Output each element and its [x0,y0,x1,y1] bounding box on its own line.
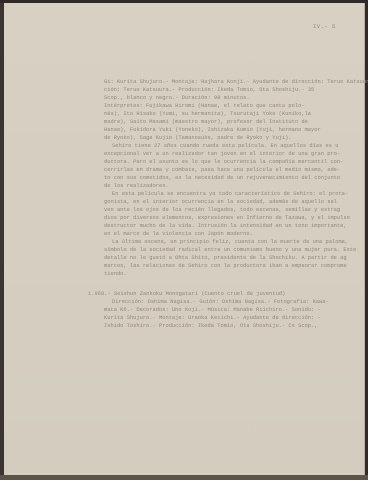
text-line: símbolo de la sociedad radical entre un … [104,246,356,254]
text-line: En esta película se encuentra ya todo ca… [112,190,348,198]
text-line: dios por diversos elementos, expresiones… [104,214,350,222]
text-line: cerrirlas en drama y combate, pasa hace … [104,166,340,174]
text-line: 1.960.- Seishun Zankoku Monogatari (Cuen… [88,290,285,298]
text-line: ción: Teruo Katsuura.- Producción: Ikeda… [104,86,314,94]
text-line: to con sus cometidos, es la necesidad de… [104,174,340,182]
page-bottom-edge [0,475,368,480]
text-line: marcos, las relaciones de Sehiro con la … [104,262,347,270]
text-line: Intérpretes: Fujikawa Hiromi (Hanae, el … [104,102,305,110]
text-line: Sehiro tiene 27 años cuando rueda esta p… [112,142,338,150]
text-line: Dirección: Oshima Nagisa.- Guión: Oshima… [112,298,329,306]
typewritten-text: Gi: Kurita Shujuro.- Montaje: Hajhara Ko… [4,3,364,473]
text-line: ductora. Pero el asunto es lo que le ocu… [104,158,343,166]
text-line: de los realizadores. [104,182,169,190]
text-line: ven ante los ojos de los recién llegados… [104,206,340,214]
text-line: nés), Ito Hisako (Yumi, su hermanita), T… [104,110,311,118]
text-line: La última escena, un principio feliz, cu… [112,238,348,246]
document-page: IV.- 5 Gi: Kurita Shujuro.- Montaje: Haj… [4,3,365,476]
text-line: gonista, en el interior ocurrencia en la… [104,198,337,206]
text-line: tiendo. [104,270,127,278]
text-line: madre), Saito Masami (maestro mayor), pr… [104,118,308,126]
text-line: Kurita Shujuro.- Montaje: Uraoka Keiichi… [104,314,321,322]
text-line: de Ryoko), Saga Kujio (Tamanosuke, padre… [104,134,292,142]
text-line: Hanae), Fukidora Yuki (Yoneko), Ishizaka… [104,126,321,134]
text-line: Ishido Toshiro.- Producción: Ikeda Tomio… [104,322,318,330]
text-line: destructor mucho de la vida. Intrusión l… [104,222,347,230]
text-line: en el marco de la violencia con Japón mo… [104,230,253,238]
text-line: Scop., blanco y negro.- Duración: 98 min… [104,94,250,102]
text-line: Gi: Kurita Shujuro.- Montaje: Hajhara Ko… [104,78,368,86]
text-line: excepcional ver a un realizador tan jove… [104,150,340,158]
text-line: mata Kō.- Decorados: Uno Koji.- Música: … [104,306,321,314]
text-line: detalle no le gustó a Ohta Shito, presid… [104,254,347,262]
